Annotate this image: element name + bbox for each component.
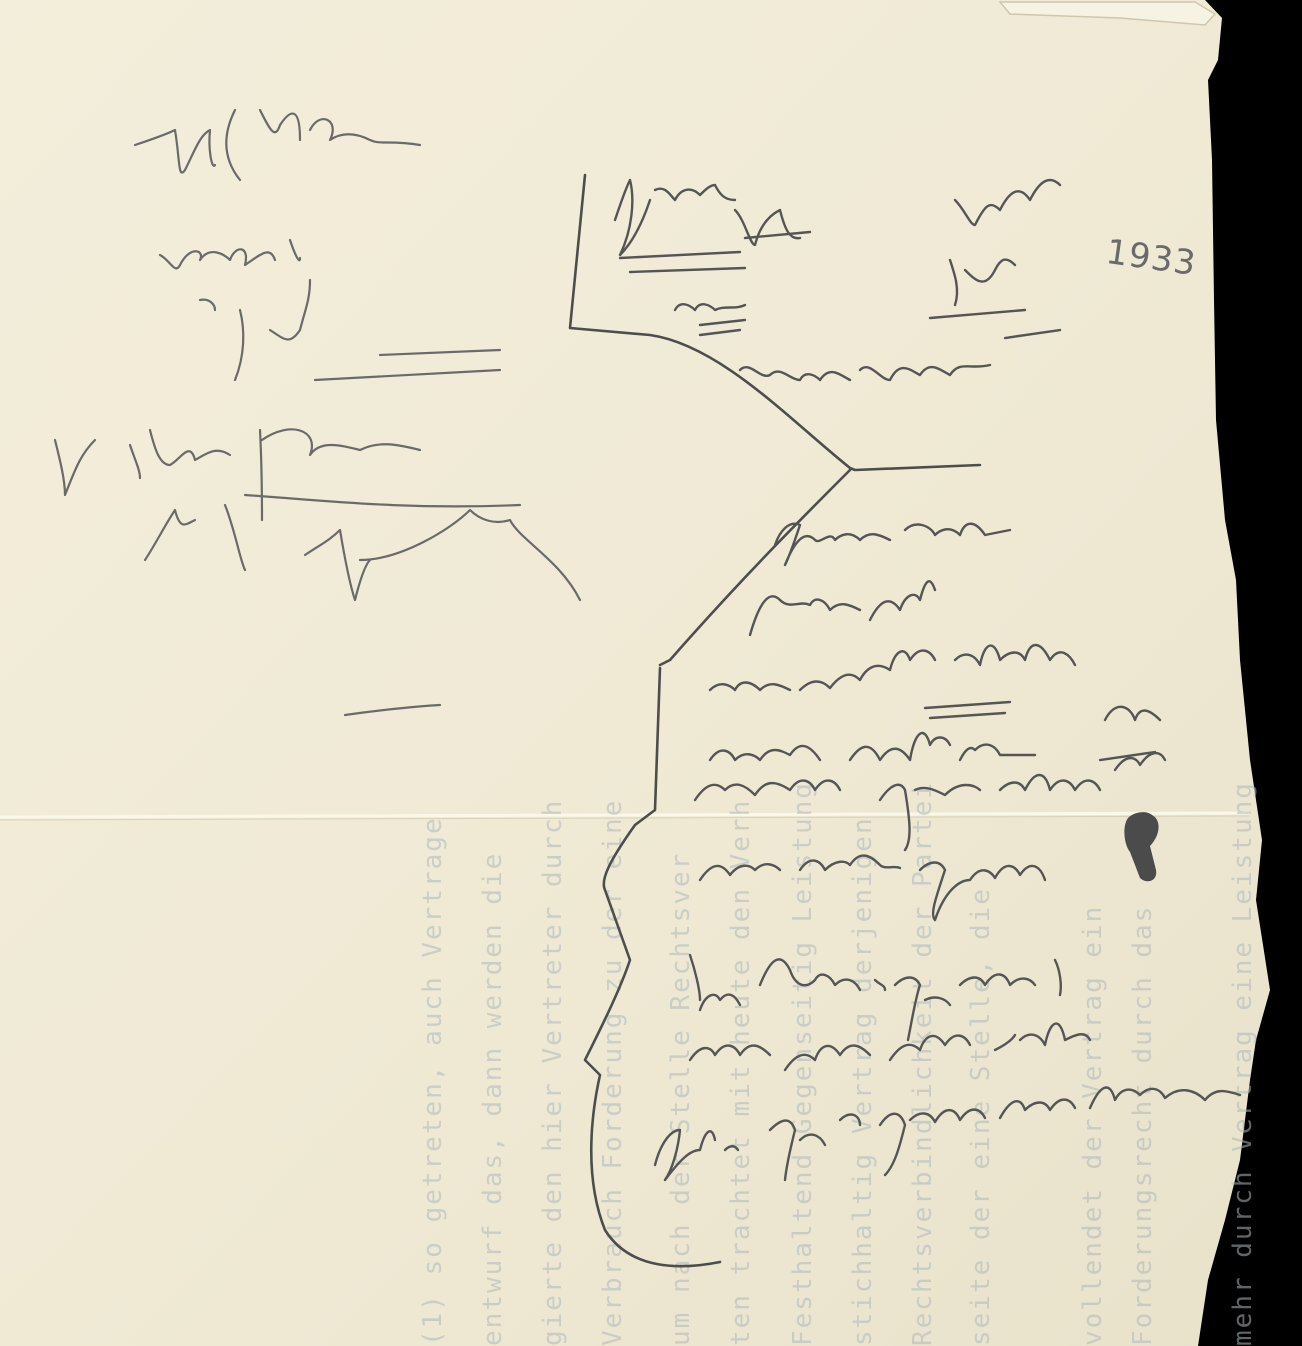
- top-box-handwriting: [615, 180, 1060, 380]
- handwriting-layer: [0, 0, 1302, 1346]
- document-page: mehr durch Vertrag eine Leistung Forderu…: [0, 0, 1302, 1346]
- bracket-lines: [570, 175, 980, 1266]
- right-list-handwriting: [655, 524, 1240, 1180]
- left-block-handwriting: [55, 110, 580, 715]
